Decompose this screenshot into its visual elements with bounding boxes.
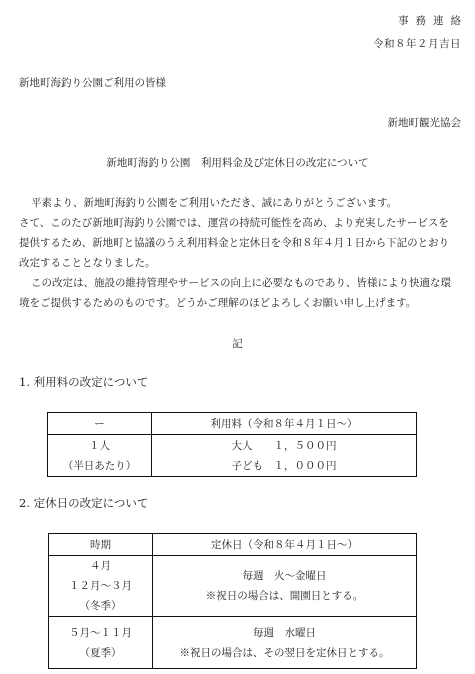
section-heading-fees: 1. 利用料の改定について (19, 374, 148, 390)
table-cell-period: ５月～１１月 （夏季） (49, 617, 153, 669)
body-paragraph: さて、このたび新地町海釣り公園では、運営の持続可能性を高め、より充実したサービス… (19, 213, 459, 273)
document-date: 令和８年２月吉日 (373, 36, 461, 51)
body-paragraph: 平素より、新地町海釣り公園をご利用いただき、誠にありがとうございます。 (19, 193, 459, 213)
table-header-row: 時期 定休日（令和８年４月１日～） (49, 534, 417, 556)
closed-day-line: 毎週 火～金曜日 (153, 566, 416, 586)
table-header-cell: 定休日（令和８年４月１日～） (153, 534, 417, 556)
closed-note-line: ※祝日の場合は、開園日とする。 (153, 586, 416, 606)
unit-line: １人 (48, 436, 151, 456)
table-cell-fees: 大人 １，５００円 子ども １，０００円 (152, 435, 417, 477)
period-line: ５月～１１月 (49, 623, 152, 643)
table-cell-closed: 毎週 水曜日 ※祝日の場合は、その翌日を定休日とする。 (153, 617, 417, 669)
table-header-cell: 時期 (49, 534, 153, 556)
sender: 新地町観光協会 (388, 115, 462, 130)
table-row: １人 （半日あたり） 大人 １，５００円 子ども １，０００円 (48, 435, 417, 477)
subject-title: 新地町海釣り公園 利用料金及び定休日の改定について (0, 155, 475, 170)
period-line: （冬季） (49, 596, 152, 616)
fee-child: 子ども １，０００円 (152, 456, 416, 476)
body-paragraph: この改定は、施設の維持管理やサービスの向上に必要なものであり、皆様により快適な環… (19, 273, 459, 313)
ki-marker: 記 (0, 336, 475, 351)
table-cell-closed: 毎週 火～金曜日 ※祝日の場合は、開園日とする。 (153, 556, 417, 617)
table-header-cell: 利用料（令和８年４月１日～） (152, 413, 417, 435)
closed-days-table: 時期 定休日（令和８年４月１日～） ４月 １２月～３月 （冬季） 毎週 火～金曜… (48, 533, 417, 669)
period-line: １２月～３月 (49, 576, 152, 596)
body-text: 平素より、新地町海釣り公園をご利用いただき、誠にありがとうございます。 さて、こ… (19, 193, 459, 313)
addressee: 新地町海釣り公園ご利用の皆様 (19, 75, 166, 90)
fee-adult: 大人 １，５００円 (152, 436, 416, 456)
period-line: ４月 (49, 556, 152, 576)
table-header-row: ー 利用料（令和８年４月１日～） (48, 413, 417, 435)
table-cell-unit: １人 （半日あたり） (48, 435, 152, 477)
table-cell-period: ４月 １２月～３月 （冬季） (49, 556, 153, 617)
unit-line: （半日あたり） (48, 456, 151, 476)
closed-day-line: 毎週 水曜日 (153, 623, 416, 643)
table-header-cell: ー (48, 413, 152, 435)
table-row: ５月～１１月 （夏季） 毎週 水曜日 ※祝日の場合は、その翌日を定休日とする。 (49, 617, 417, 669)
table-row: ４月 １２月～３月 （冬季） 毎週 火～金曜日 ※祝日の場合は、開園日とする。 (49, 556, 417, 617)
period-line: （夏季） (49, 643, 152, 663)
section-heading-closed-days: 2. 定休日の改定について (19, 495, 148, 511)
document-type: 事務連絡 (398, 13, 468, 28)
closed-note-line: ※祝日の場合は、その翌日を定休日とする。 (153, 643, 416, 663)
fee-table: ー 利用料（令和８年４月１日～） １人 （半日あたり） 大人 １，５００円 子ど… (47, 412, 417, 477)
